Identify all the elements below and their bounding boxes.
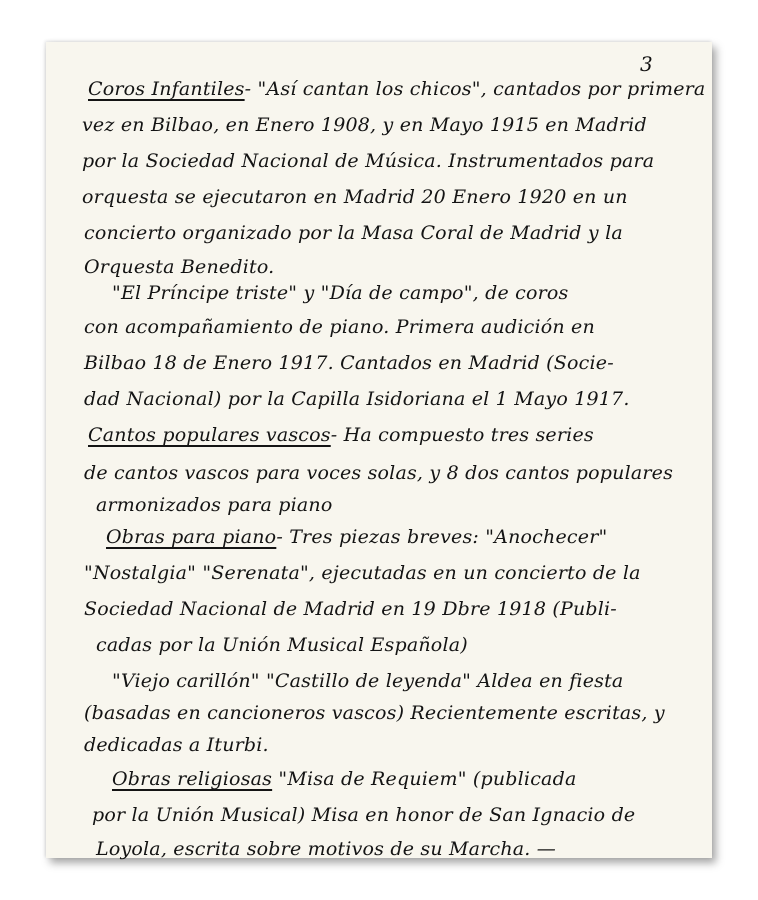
line-text: Loyola, escrita sobre motivos de su Marc… bbox=[96, 838, 556, 860]
manuscript-line: dad Nacional) por la Capilla Isidoriana … bbox=[84, 388, 630, 410]
manuscript-line: (basadas en cancioneros vascos) Reciente… bbox=[84, 702, 665, 724]
line-text: dedicadas a Iturbi. bbox=[84, 734, 269, 756]
manuscript-line: Obras religiosas "Misa de Requiem" (publ… bbox=[112, 768, 576, 790]
manuscript-line: cadas por la Unión Musical Española) bbox=[96, 634, 468, 656]
line-text: de cantos vascos para voces solas, y 8 d… bbox=[84, 462, 673, 484]
manuscript-line: Orquesta Benedito. bbox=[84, 256, 274, 278]
section-heading: Obras religiosas bbox=[112, 768, 272, 790]
line-text: armonizados para piano bbox=[96, 494, 333, 516]
line-text: por la Unión Musical) Misa en honor de S… bbox=[92, 804, 635, 826]
page-number: 3 bbox=[640, 52, 653, 76]
line-text: cadas por la Unión Musical Española) bbox=[96, 634, 468, 656]
manuscript-line: "El Príncipe triste" y "Día de campo", d… bbox=[112, 282, 569, 304]
manuscript-line: concierto organizado por la Masa Coral d… bbox=[84, 222, 623, 244]
line-text: por la Sociedad Nacional de Música. Inst… bbox=[82, 150, 654, 172]
section-heading: Cantos populares vascos bbox=[88, 424, 331, 446]
line-text: Sociedad Nacional de Madrid en 19 Dbre 1… bbox=[84, 598, 617, 620]
manuscript-line: Cantos populares vascos- Ha compuesto tr… bbox=[88, 424, 594, 446]
line-text: "Viejo carillón" "Castillo de leyenda" A… bbox=[112, 670, 623, 692]
manuscript-line: "Nostalgia" "Serenata", ejecutadas en un… bbox=[84, 562, 641, 584]
manuscript-line: Coros Infantiles- "Así cantan los chicos… bbox=[88, 78, 705, 100]
line-text: - Ha compuesto tres series bbox=[331, 424, 594, 446]
line-text: dad Nacional) por la Capilla Isidoriana … bbox=[84, 388, 630, 410]
manuscript-line: "Viejo carillón" "Castillo de leyenda" A… bbox=[112, 670, 623, 692]
manuscript-line: dedicadas a Iturbi. bbox=[84, 734, 269, 756]
line-text: concierto organizado por la Masa Coral d… bbox=[84, 222, 623, 244]
manuscript-line: Obras para piano- Tres piezas breves: "A… bbox=[106, 526, 607, 548]
manuscript-line: orquesta se ejecutaron en Madrid 20 Ener… bbox=[82, 186, 628, 208]
line-text: orquesta se ejecutaron en Madrid 20 Ener… bbox=[82, 186, 628, 208]
manuscript-line: Loyola, escrita sobre motivos de su Marc… bbox=[96, 838, 556, 860]
manuscript-line: vez en Bilbao, en Enero 1908, y en Mayo … bbox=[82, 114, 647, 136]
line-text: "Nostalgia" "Serenata", ejecutadas en un… bbox=[84, 562, 641, 584]
line-text: - "Así cantan los chicos", cantados por … bbox=[245, 78, 706, 100]
line-text: (basadas en cancioneros vascos) Reciente… bbox=[84, 702, 665, 724]
line-text: "Misa de Requiem" (publicada bbox=[272, 768, 576, 790]
manuscript-line: por la Unión Musical) Misa en honor de S… bbox=[92, 804, 635, 826]
manuscript-line: con acompañamiento de piano. Primera aud… bbox=[84, 316, 595, 338]
line-text: - Tres piezas breves: "Anochecer" bbox=[276, 526, 607, 548]
section-heading: Coros Infantiles bbox=[88, 78, 245, 100]
manuscript-line: armonizados para piano bbox=[96, 494, 333, 516]
line-text: Orquesta Benedito. bbox=[84, 256, 274, 278]
manuscript-line: Sociedad Nacional de Madrid en 19 Dbre 1… bbox=[84, 598, 617, 620]
line-text: vez en Bilbao, en Enero 1908, y en Mayo … bbox=[82, 114, 647, 136]
line-text: con acompañamiento de piano. Primera aud… bbox=[84, 316, 595, 338]
section-heading: Obras para piano bbox=[106, 526, 276, 548]
line-text: Bilbao 18 de Enero 1917. Cantados en Mad… bbox=[84, 352, 614, 374]
line-text: "El Príncipe triste" y "Día de campo", d… bbox=[112, 282, 569, 304]
manuscript-line: Bilbao 18 de Enero 1917. Cantados en Mad… bbox=[84, 352, 614, 374]
manuscript-line: por la Sociedad Nacional de Música. Inst… bbox=[82, 150, 654, 172]
manuscript-line: de cantos vascos para voces solas, y 8 d… bbox=[84, 462, 673, 484]
